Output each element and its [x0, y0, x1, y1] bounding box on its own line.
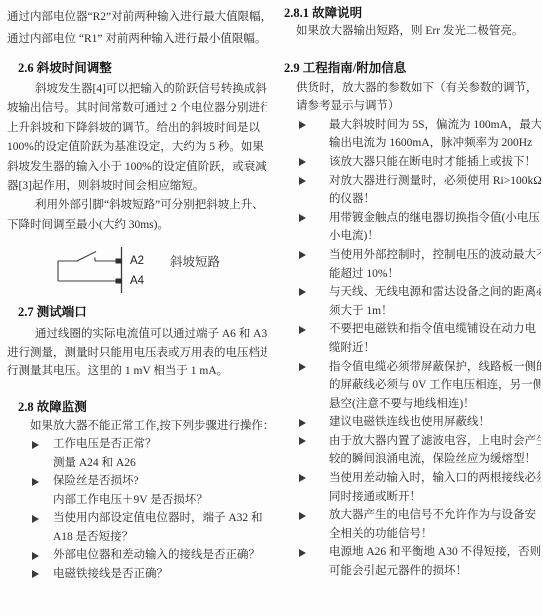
guideline-item: 当使用外部控制时，控制电压的波动最大不	[281, 246, 541, 265]
checklist-item: 当使用内部设定值电位器时，端子 A32 和	[7, 509, 267, 528]
terminal-label-a2: A2	[130, 255, 144, 267]
paragraph-line: 通过内部电位器“R2”对前两种输入进行最大值限幅，	[7, 6, 267, 28]
guideline-item-continuation: 缆附近！	[281, 339, 541, 358]
section-heading-2-7: 2.7 测试端口	[7, 303, 267, 321]
guideline-item-text: 建议电磁铁连线也使用屏蔽线！	[329, 416, 490, 428]
manual-page: 通过内部电位器“R2”对前两种输入进行最大值限幅， 通过内部电位 “R1” 对前…	[0, 0, 543, 616]
arrow-bullet-icon	[32, 515, 39, 523]
arrow-bullet-icon	[299, 512, 306, 520]
section-heading-2-8-1: 2.8.1 故障说明	[281, 4, 541, 22]
checklist-item-text: 当使用内部设定值电位器时，端子 A32 和	[53, 512, 263, 524]
arrow-bullet-icon	[299, 419, 306, 427]
section-heading-2-8: 2.8 故障监测	[7, 398, 267, 416]
paragraph-line: 行测量其电压。这里的 1 mV 相当于 1 mA。	[7, 362, 267, 381]
guideline-item-continuation: 较的瞬间浪涌电流，保险丝应为缓熔型！	[281, 450, 541, 469]
guideline-item-continuation: 须大于 1m！	[281, 302, 541, 321]
left-column: 通过内部电位器“R2”对前两种输入进行最大值限幅， 通过内部电位 “R1” 对前…	[7, 0, 267, 583]
guideline-item-text: 用带镀金触点的继电器切换指令值(小电压，	[329, 212, 541, 224]
checklist-item-text: 工作电压是否正常？	[53, 438, 157, 450]
checklist-item: 工作电压是否正常？	[7, 435, 267, 454]
guideline-item: 由于放大器内置了滤波电容，上电时会产生	[281, 432, 541, 451]
guideline-item-continuation: 输出电流为 1600mA，脉冲频率为 200Hz	[281, 134, 541, 153]
arrow-bullet-icon	[299, 177, 306, 185]
paragraph-line: 通过内部电位 “R1” 对前两种输入进行最小值限幅。	[7, 28, 267, 50]
right-column: 2.8.1 故障说明 如果放大器输出短路，则 Err 发光二极管亮。 2.9 工…	[281, 0, 541, 581]
diagram-caption: 斜坡短路	[170, 256, 220, 269]
guideline-item-continuation: 同时接通或断开！	[281, 488, 541, 507]
arrow-bullet-icon	[32, 570, 39, 578]
guideline-item: 建议电磁铁连线也使用屏蔽线！	[281, 413, 541, 432]
arrow-bullet-icon	[299, 326, 306, 334]
checklist-item-text: 电磁铁接线是否正确？	[53, 568, 168, 580]
paragraph-line: 通过线圈的实际电流值可以通过端子 A6 和 A30	[7, 325, 267, 344]
checklist-item-continuation: 测量 A24 和 A26	[7, 454, 267, 473]
arrow-bullet-icon	[299, 214, 306, 222]
guideline-item: 对放大器进行测量时，必须使用 Ri>100kΩ	[281, 172, 541, 191]
arrow-bullet-icon	[299, 363, 306, 371]
paragraph-line: 供货时，放大器的参数如下（有关参数的调节，	[281, 79, 541, 98]
guideline-item: 放大器产生的电信号不允许作为与设备安	[281, 506, 541, 525]
arrow-bullet-icon	[299, 549, 306, 557]
paragraph-line: 斜坡发生器[4]可以把输入的阶跃信号转换成斜	[7, 80, 267, 99]
checklist-item-continuation: A18 是否短接？	[7, 528, 267, 547]
arrow-bullet-icon	[32, 441, 39, 449]
arrow-bullet-icon	[299, 288, 306, 296]
checklist-item: 电磁铁接线是否正确？	[7, 565, 267, 584]
guideline-item: 指令值电缆必须带屏蔽保护，线路板一侧的	[281, 358, 541, 377]
guideline-item: 用带镀金触点的继电器切换指令值(小电压，	[281, 209, 541, 228]
arrow-bullet-icon	[32, 478, 39, 486]
arrow-bullet-icon	[299, 158, 306, 166]
checklist-item: 保险丝是否损坏?	[7, 472, 267, 491]
guideline-item-text: 该放大器只能在断电时才能插上或拔下！	[329, 156, 536, 168]
section-heading-2-9: 2.9 工程指南/附加信息	[281, 59, 541, 77]
checklist-item-text: 保险丝是否损坏?	[53, 475, 139, 487]
paragraph-line: 上升斜坡和下降斜坡的调节。给出的斜坡时间是以	[7, 119, 267, 138]
arrow-bullet-icon	[299, 437, 306, 445]
paragraph-line: 斜坡发生器的输入小于 100%的设定值阶跃，或衰减	[7, 158, 267, 177]
guideline-item-text: 与天线、无线电源和雷达设备之间的距离必	[329, 286, 541, 298]
guideline-item-continuation: 可能会引起元器件的损坏！	[281, 562, 541, 581]
arrow-bullet-icon	[299, 121, 306, 129]
guideline-item-text: 指令值电缆必须带屏蔽保护，线路板一侧的	[329, 361, 541, 373]
guideline-item-text: 当使用差动输入时，输入口的两根接线必须	[329, 472, 541, 484]
paragraph-line: 100%的设定值阶跃为基准设定，大约为 5 秒。如果	[7, 138, 267, 157]
paragraph-line: 下降时间调至最小(大约 30ms)。	[7, 216, 267, 235]
guideline-item-text: 对放大器进行测量时，必须使用 Ri>100kΩ	[329, 175, 541, 187]
guideline-item: 该放大器只能在断电时才能插上或拔下！	[281, 153, 541, 172]
guideline-item-continuation: 悬空(注意不要与地线相连)！	[281, 395, 541, 414]
paragraph-line: 进行测量，测量时只能用电压表或万用表的电压档进	[7, 344, 267, 363]
guideline-item: 不要把电磁铁和指令值电缆铺设在动力电	[281, 320, 541, 339]
checklist-item-text: 外部电位器和差动输入的接线是否正确？	[53, 549, 260, 561]
checklist-item-continuation: 内部工作电压＋9V 是否损坏？	[7, 491, 267, 510]
ramp-short-circuit-diagram: A2 A4 斜坡短路	[7, 243, 267, 301]
guideline-item-continuation: 的屏蔽线必须与 0V 工作电压相连，另一侧	[281, 376, 541, 395]
guideline-item: 最大斜坡时间为 5S，偏流为 100mA，最大	[281, 116, 541, 135]
paragraph-line: 如果放大器输出短路，则 Err 发光二极管亮。	[281, 22, 541, 41]
guideline-item-text: 不要把电磁铁和指令值电缆铺设在动力电	[329, 323, 536, 335]
guideline-item-continuation: 全相关的功能信号！	[281, 525, 541, 544]
section-heading-2-6: 2.6 斜坡时间调整	[7, 59, 267, 77]
arrow-bullet-icon	[299, 474, 306, 482]
paragraph-line: 器[3]起作用，则斜坡时间会相应缩短。	[7, 177, 267, 196]
paragraph-line: 请参考显示与调节）	[281, 97, 541, 116]
paragraph-line: 利用外部引脚“斜坡短路”可分别把斜坡上升、	[7, 196, 267, 215]
guideline-item-text: 电源地 A26 和平衡地 A30 不得短接，否则	[329, 546, 541, 558]
guideline-item: 电源地 A26 和平衡地 A30 不得短接，否则	[281, 543, 541, 562]
guideline-item-text: 当使用外部控制时，控制电压的波动最大不	[329, 249, 541, 261]
paragraph-line: 坡输出信号。其时间常数可通过 2 个电位器分别进行	[7, 99, 267, 118]
guideline-item-text: 最大斜坡时间为 5S，偏流为 100mA，最大	[329, 119, 541, 131]
guideline-item: 与天线、无线电源和雷达设备之间的距离必	[281, 283, 541, 302]
guideline-item-text: 由于放大器内置了滤波电容，上电时会产生	[329, 435, 541, 447]
guideline-item-continuation: 小电流)！	[281, 227, 541, 246]
guideline-item: 当使用差动输入时，输入口的两根接线必须	[281, 469, 541, 488]
terminal-label-a4: A4	[130, 275, 144, 287]
guideline-item-continuation: 的仪器！	[281, 190, 541, 209]
switch-terminal-drawing	[7, 243, 263, 301]
guideline-item-text: 放大器产生的电信号不允许作为与设备安	[329, 509, 536, 521]
paragraph-line: 如果放大器不能正常工作,按下列步骤进行操作：	[7, 417, 267, 436]
guideline-item-continuation: 能超过 10%！	[281, 265, 541, 284]
checklist-item: 外部电位器和差动输入的接线是否正确？	[7, 546, 267, 565]
arrow-bullet-icon	[299, 251, 306, 259]
arrow-bullet-icon	[32, 552, 39, 560]
